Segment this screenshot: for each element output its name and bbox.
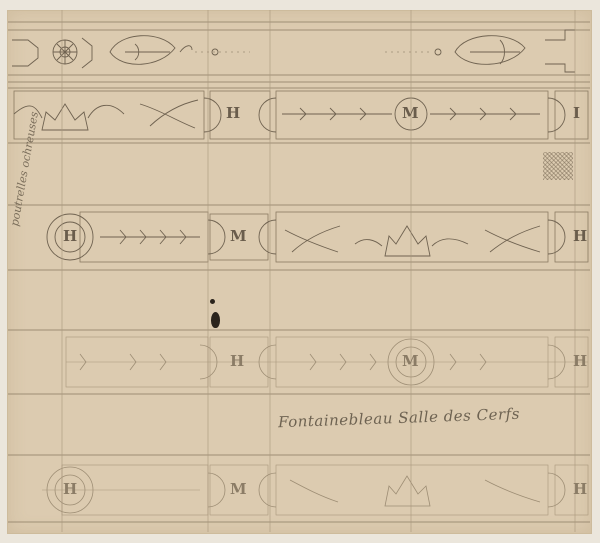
monogram-h: H xyxy=(63,482,77,497)
monogram-m: M xyxy=(402,354,419,369)
monogram-h: H xyxy=(573,482,587,497)
monogram-h: H xyxy=(573,354,587,369)
top-ornament-band xyxy=(8,22,590,82)
monogram-i: I xyxy=(573,106,580,121)
hatched-corner-detail xyxy=(543,152,573,180)
frieze-row-2 xyxy=(8,205,590,270)
monogram-h: H xyxy=(226,106,240,121)
frieze-row-3 xyxy=(8,330,590,394)
monogram-h: H xyxy=(63,229,77,244)
frieze-row-4 xyxy=(8,455,590,522)
monogram-h: H xyxy=(230,354,244,369)
ink-dot xyxy=(210,299,215,304)
monogram-m: M xyxy=(230,229,247,244)
frieze-row-1 xyxy=(8,88,590,143)
monogram-m: M xyxy=(230,482,247,497)
monogram-h: H xyxy=(573,229,587,244)
ornament-drawing xyxy=(0,0,600,543)
monogram-m: M xyxy=(402,106,419,121)
ink-stain xyxy=(211,312,220,328)
